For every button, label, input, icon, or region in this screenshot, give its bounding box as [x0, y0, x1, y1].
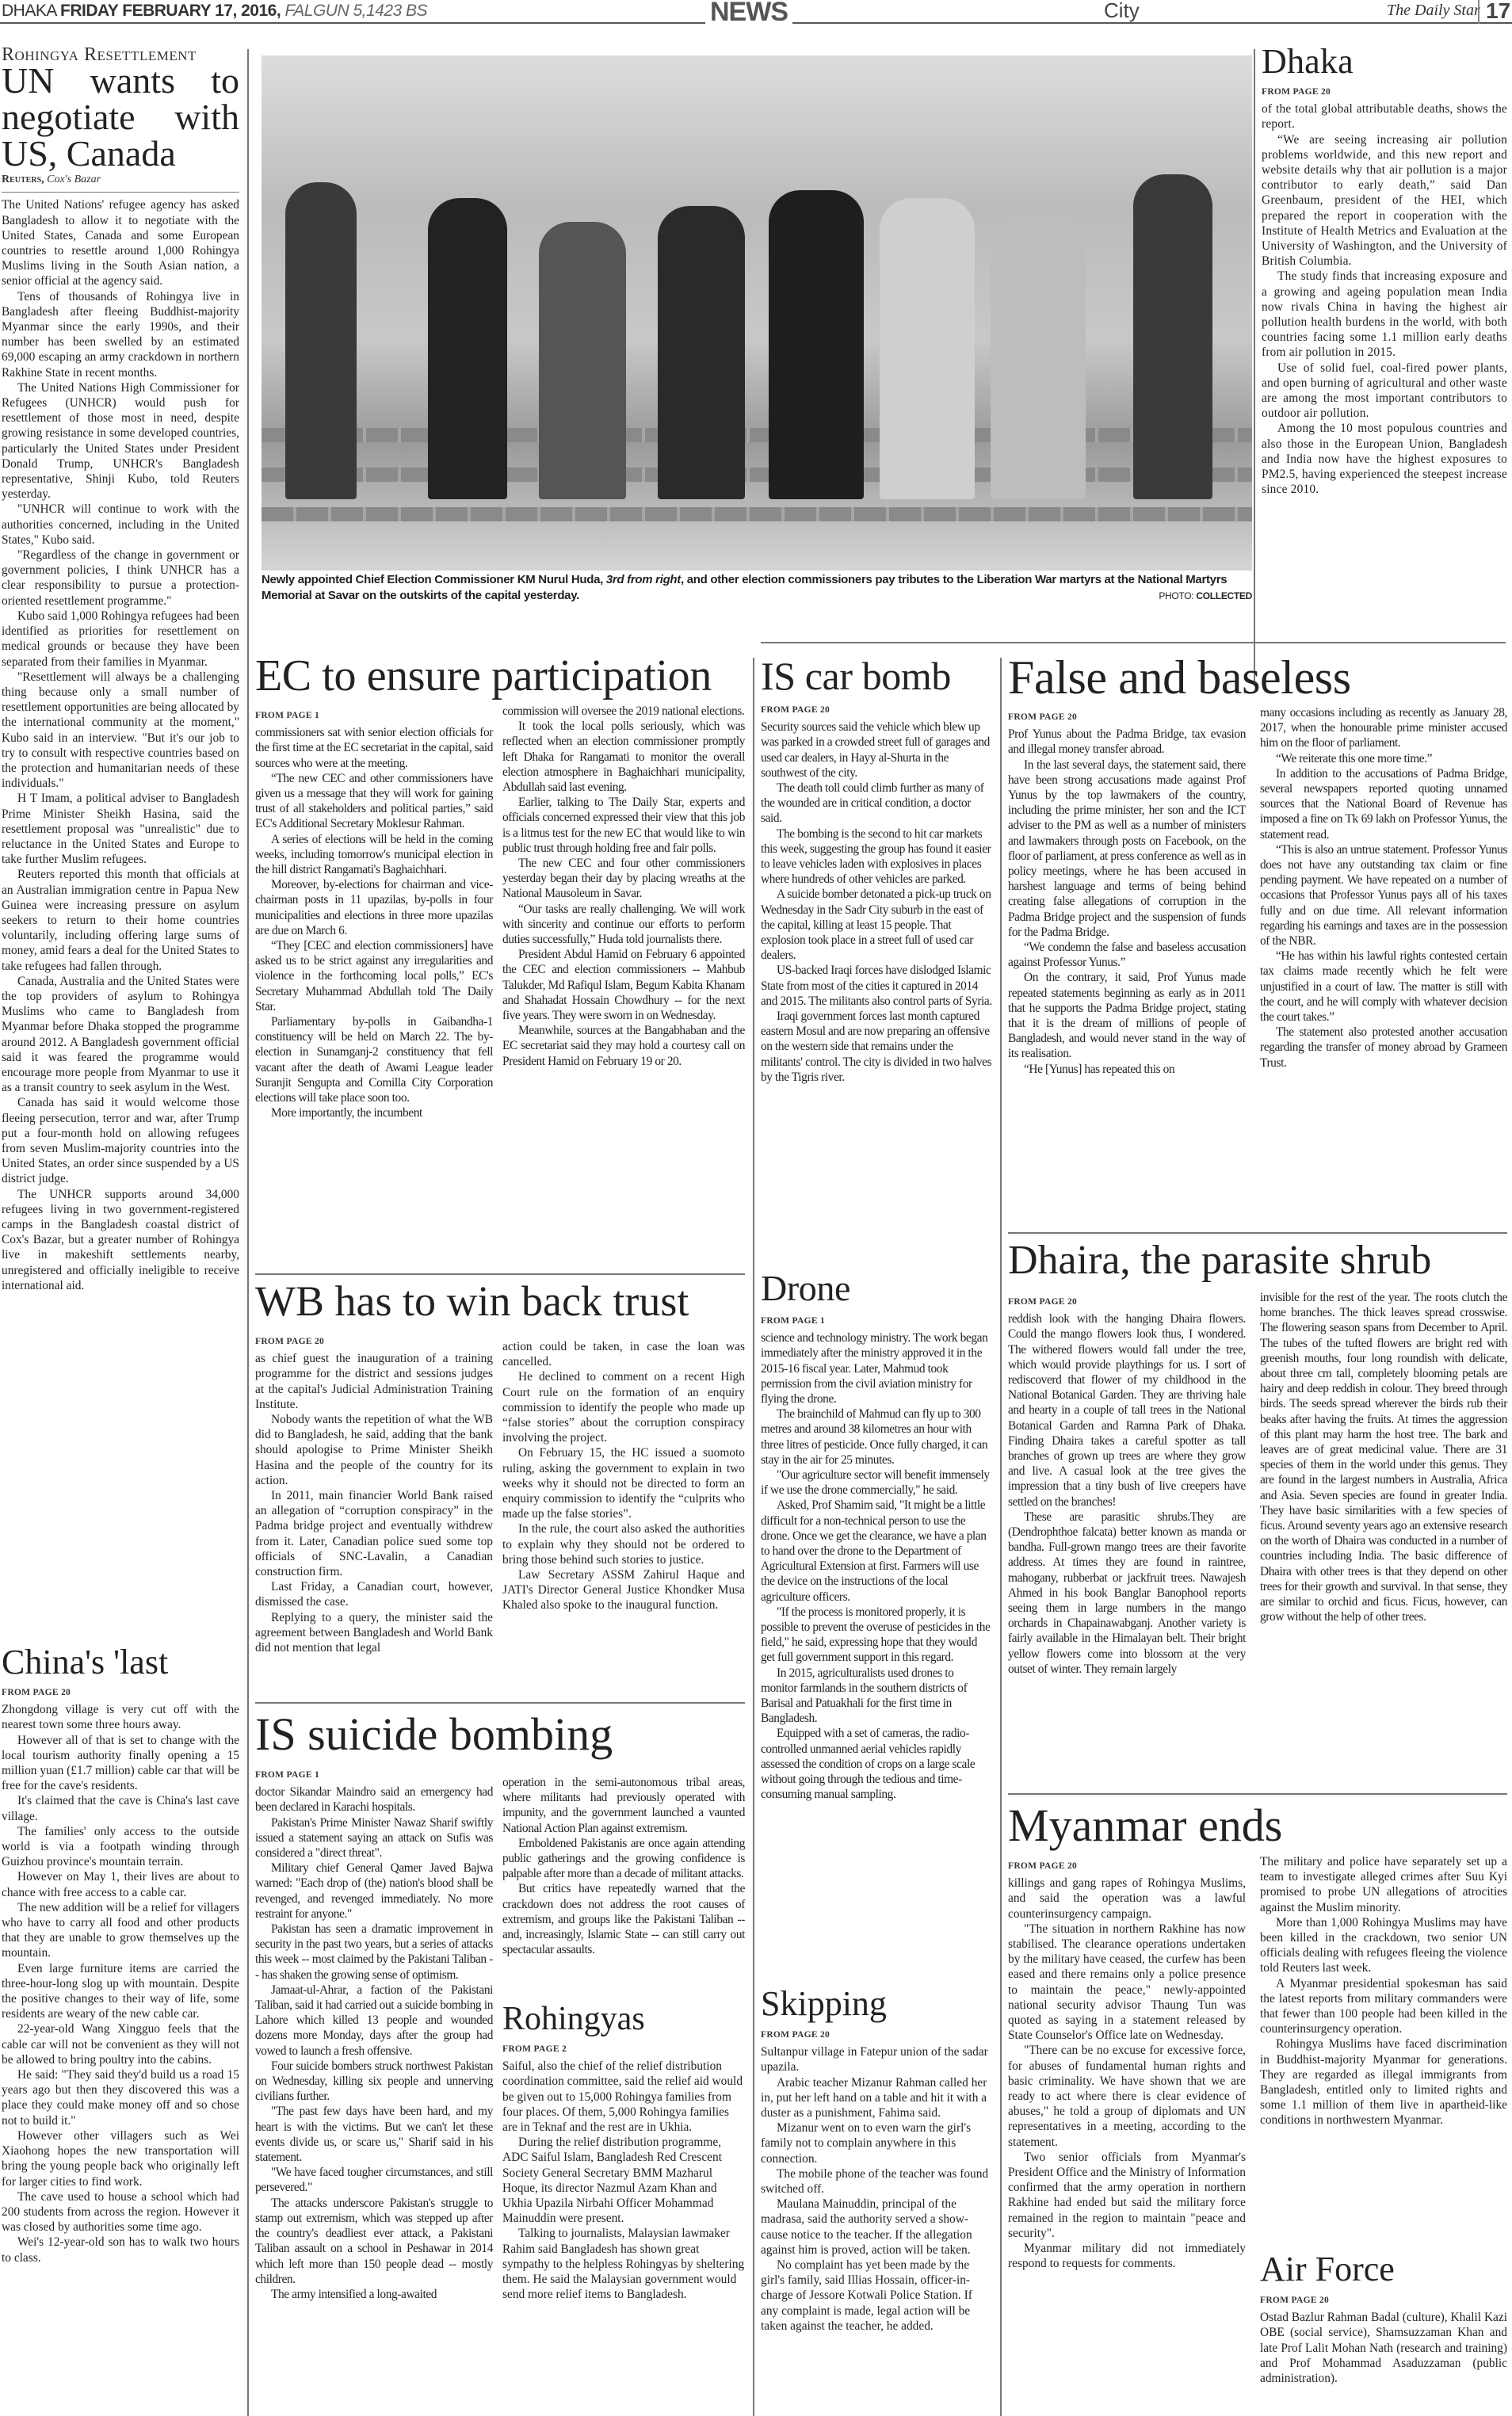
article-paragraph: The military and police have separately …: [1260, 1854, 1507, 1915]
article-paragraph: Parliamentary by-polls in Gaibandha-1 co…: [255, 1014, 493, 1105]
article-headline: Air Force: [1260, 2250, 1507, 2288]
photo-credit: PHOTO: COLLECTED: [1159, 588, 1252, 604]
section-divider: [1008, 1793, 1507, 1795]
person-figure: [991, 214, 1086, 499]
article-suicide-col2: operation in the semi-autonomous tribal …: [502, 1775, 745, 1957]
article-paragraph: The new CEC and four other commissioners…: [502, 856, 745, 902]
article-paragraph: A suicide bomber detonated a pick-up tru…: [761, 887, 992, 963]
masthead-bangla-date: FALGUN 5,1423 BS: [285, 2, 428, 20]
article-jump-from: FROM PAGE 1: [761, 1314, 992, 1329]
column-divider: [1254, 49, 1255, 683]
article-paragraph: “The new CEC and other commissioners hav…: [255, 771, 493, 832]
article-false-col1: FROM PAGE 20 Prof Yunus about the Padma …: [1008, 705, 1246, 1077]
column-divider: [247, 49, 249, 2416]
article-false-col2: many occasions including as recently as …: [1260, 705, 1507, 1071]
article-paragraph: doctor Sikandar Maindro said an emergenc…: [255, 1784, 493, 1815]
byline-agency: Reuters,: [2, 174, 44, 185]
article-paragraph: The study finds that increasing exposure…: [1262, 269, 1507, 360]
article-paragraph: During the relief distribution programme…: [502, 2135, 745, 2226]
article-paragraph: The United Nations High Commissioner for…: [2, 380, 239, 502]
article-headline-myanmar: Myanmar ends: [1008, 1803, 1282, 1849]
article-paragraph: The statement also protested another acc…: [1260, 1025, 1507, 1071]
article-jump-from: FROM PAGE 20: [2, 1685, 239, 1700]
article-paragraph: In 2011, main financier World Bank raise…: [255, 1488, 493, 1579]
article-paragraph: commission will oversee the 2019 nationa…: [502, 704, 745, 719]
person-figure: [539, 222, 626, 499]
article-paragraph: Meanwhile, sources at the Bangabhaban an…: [502, 1023, 745, 1069]
article-dhaira-col2: invisible for the rest of the year. The …: [1260, 1290, 1507, 1624]
article-paragraph: The death toll could climb further as ma…: [761, 781, 992, 826]
article-paragraph: Security sources said the vehicle which …: [761, 719, 992, 781]
article-paragraph: of the total global attributable deaths,…: [1262, 101, 1507, 132]
article-headline: China's 'last: [2, 1644, 239, 1681]
article-ec-col1: FROM PAGE 1 commissioners sat with senio…: [255, 704, 493, 1120]
article-jump-from: FROM PAGE 20: [1262, 85, 1507, 100]
article-paragraph: Two senior officials from Myanmar's Pres…: [1008, 2150, 1246, 2241]
article-jump-from: FROM PAGE 20: [1008, 710, 1246, 725]
article-paragraph: No complaint has yet been made by the gi…: [761, 2258, 992, 2334]
article-paragraph: But critics have repeatedly warned that …: [502, 1881, 745, 1957]
article-paragraph: "There can be no excuse for excessive fo…: [1008, 2043, 1246, 2149]
masthead-weekday-date: FRIDAY FEBRUARY 17, 2016,: [60, 2, 281, 20]
article-myanmar-col1: FROM PAGE 20 killings and gang rapes of …: [1008, 1854, 1246, 2271]
article-paragraph: A series of elections will be held in th…: [255, 832, 493, 878]
caption-italic: 3rd from right: [606, 573, 681, 586]
article-jump-from: FROM PAGE 20: [1008, 1295, 1246, 1310]
column-divider: [1000, 658, 1002, 2416]
byline-dateline: Cox's Bazar: [47, 174, 101, 185]
article-paragraph: Wei's 12-year-old son has to walk two ho…: [2, 2235, 239, 2265]
article-paragraph: It's claimed that the cave is China's la…: [2, 1793, 239, 1823]
article-paragraph: The bombing is the second to hit car mar…: [761, 826, 992, 887]
masthead: DHAKA FRIDAY FEBRUARY 17, 2016, FALGUN 5…: [0, 0, 1512, 24]
page-number: 17: [1478, 0, 1510, 24]
article-paragraph: Four suicide bombers struck northwest Pa…: [255, 2059, 493, 2105]
article-paragraph: commissioners sat with senior election o…: [255, 725, 493, 771]
article-china-last: China's 'last FROM PAGE 20 Zhongdong vil…: [2, 1644, 239, 2265]
photo-caption: Newly appointed Chief Election Commissio…: [262, 572, 1252, 604]
article-paragraph: Pakistan's Prime Minister Nawaz Sharif s…: [255, 1815, 493, 1861]
article-paragraph: H T Imam, a political adviser to Banglad…: [2, 791, 239, 867]
article-jump-from: FROM PAGE 20: [761, 2028, 992, 2043]
article-paragraph: Tens of thousands of Rohingya live in Ba…: [2, 289, 239, 380]
article-paragraph: "The past few days have been hard, and m…: [255, 2104, 493, 2165]
article-paragraph: Moreover, by-elections for chairman and …: [255, 877, 493, 938]
memorial-steps: [262, 468, 1252, 482]
article-paragraph: In addition to the accusations of Padma …: [1260, 766, 1507, 842]
news-photo: [262, 55, 1252, 571]
article-jump-from: FROM PAGE 20: [761, 703, 992, 718]
article-paragraph: Zhongdong village is very cut off with t…: [2, 1702, 239, 1732]
article-paragraph: Rohingya Muslims have faced discriminati…: [1260, 2036, 1507, 2128]
article-suicide-col1: FROM PAGE 1 doctor Sikandar Maindro said…: [255, 1763, 493, 2302]
column-divider: [753, 658, 754, 2416]
person-figure: [428, 198, 507, 499]
section-divider: [761, 642, 1506, 643]
article-paragraph: In the last several days, the statement …: [1008, 758, 1246, 940]
article-paragraph: Law Secretary ASSM Zahirul Haque and JAT…: [502, 1567, 745, 1613]
article-paragraph: "Resettlement will always be a challengi…: [2, 670, 239, 792]
article-dhaka: Dhaka FROM PAGE 20 of the total global a…: [1262, 44, 1507, 497]
article-paragraph: “We reiterate this one more time.”: [1260, 751, 1507, 766]
person-figure: [658, 206, 745, 499]
article-paragraph: Talking to journalists, Malaysian lawmak…: [502, 2226, 745, 2302]
article-skipping: Skipping FROM PAGE 20 Sultanpur village …: [761, 1985, 992, 2334]
article-paragraph: Military chief General Qamer Javed Bajwa…: [255, 1861, 493, 1922]
section-divider: [1008, 1232, 1507, 1234]
article-paragraph: However all of that is set to change wit…: [2, 1733, 239, 1794]
article-paragraph: "UNHCR will continue to work with the au…: [2, 502, 239, 548]
article-paragraph: The attacks underscore Pakistan's strugg…: [255, 2196, 493, 2287]
article-paragraph: However other villagers such as Wei Xiao…: [2, 2128, 239, 2189]
article-byline: Reuters, Cox's Bazar: [2, 172, 239, 193]
article-paragraph: On February 15, the HC issued a suomoto …: [502, 1445, 745, 1521]
article-paragraph: "The situation in northern Rakhine has n…: [1008, 1922, 1246, 2044]
person-figure: [769, 190, 864, 499]
article-paragraph: Replying to a query, the minister said t…: [255, 1610, 493, 1656]
article-paragraph: reddish look with the hanging Dhaira flo…: [1008, 1311, 1246, 1510]
article-headline: IS car bomb: [761, 654, 992, 698]
article-paragraph: Earlier, talking to The Daily Star, expe…: [502, 795, 745, 856]
article-paragraph: "We have faced tougher circumstances, an…: [255, 2165, 493, 2195]
masthead-city: DHAKA: [2, 2, 56, 20]
article-paragraph: US-backed Iraqi forces have dislodged Is…: [761, 963, 992, 1009]
article-headline: Skipping: [761, 1985, 992, 2023]
article-paragraph: “This is also an untrue statement. Profe…: [1260, 842, 1507, 948]
article-paragraph: science and technology ministry. The wor…: [761, 1330, 992, 1406]
article-paragraph: President Abdul Hamid on February 6 appo…: [502, 947, 745, 1023]
section-divider: [255, 1273, 745, 1275]
article-paragraph: Even large furniture items are carried t…: [2, 1961, 239, 2022]
article-jump-from: FROM PAGE 1: [255, 1768, 493, 1783]
credit-value: COLLECTED: [1196, 590, 1252, 601]
article-paragraph: Pakistan has seen a dramatic improvement…: [255, 1922, 493, 1983]
article-paragraph: "Our agriculture sector will benefit imm…: [761, 1468, 992, 1498]
memorial-steps: [262, 507, 1252, 521]
article-rohingyas: Rohingyas FROM PAGE 2 Saiful, also the c…: [502, 2001, 745, 2302]
article-paragraph: Ostad Bazlur Rahman Badal (culture), Kha…: [1260, 2310, 1507, 2386]
article-paragraph: It took the local polls seriously, which…: [502, 719, 745, 795]
section-label: NEWS: [705, 0, 792, 28]
article-paragraph: "If the process is monitored properly, i…: [761, 1605, 992, 1666]
article-paragraph: In the rule, the court also asked the au…: [502, 1521, 745, 1567]
article-headline-suicide: IS suicide bombing: [255, 1712, 613, 1758]
article-paragraph: Nobody wants the repetition of what the …: [255, 1412, 493, 1488]
article-headline-ec: EC to ensure participation: [255, 654, 712, 698]
article-paragraph: He declined to comment on a recent High …: [502, 1369, 745, 1445]
memorial-steps: [262, 428, 1252, 442]
article-paragraph: “They [CEC and election commissioners] h…: [255, 938, 493, 1014]
article-paragraph: Last Friday, a Canadian court, however, …: [255, 1579, 493, 1609]
article-paragraph: The army intensified a long-awaited: [255, 2287, 493, 2302]
article-paragraph: “He has within his lawful rights contest…: [1260, 948, 1507, 1025]
article-paragraph: The United Nations' refugee agency has a…: [2, 197, 239, 288]
article-paragraph: The brainchild of Mahmud can fly up to 3…: [761, 1406, 992, 1468]
article-ec-col2: commission will oversee the 2019 nationa…: [502, 704, 745, 1069]
article-drone: Drone FROM PAGE 1 science and technology…: [761, 1268, 992, 1803]
article-jump-from: FROM PAGE 20: [255, 1334, 493, 1349]
article-paragraph: Jamaat-ul-Ahrar, a faction of the Pakist…: [255, 1983, 493, 2059]
caption-text: Newly appointed Chief Election Commissio…: [262, 573, 606, 586]
article-paragraph: Canada, Australia and the United States …: [2, 974, 239, 1096]
article-headline-dhaira: Dhaira, the parasite shrub: [1008, 1240, 1431, 1281]
article-paragraph: “We condemn the false and baseless accus…: [1008, 940, 1246, 970]
section-divider: [255, 1702, 745, 1704]
article-headline-wb: WB has to win back trust: [255, 1280, 689, 1323]
article-myanmar-col2: The military and police have separately …: [1260, 1854, 1507, 2128]
guard-figure: [285, 182, 357, 499]
article-paragraph: many occasions including as recently as …: [1260, 705, 1507, 751]
person-figure: [880, 198, 975, 499]
article-wb-col2: action could be taken, in case the loan …: [502, 1339, 745, 1613]
article-paragraph: The new addition will be a relief for vi…: [2, 1900, 239, 1961]
article-paragraph: as chief guest the inauguration of a tra…: [255, 1351, 493, 1412]
article-paragraph: killings and gang rapes of Rohingya Musl…: [1008, 1876, 1246, 1922]
article-paragraph: action could be taken, in case the loan …: [502, 1339, 745, 1369]
article-paragraph: More than 1,000 Rohingya Muslims may hav…: [1260, 1915, 1507, 1976]
article-paragraph: invisible for the rest of the year. The …: [1260, 1290, 1507, 1624]
article-headline: Drone: [761, 1268, 992, 1309]
article-paragraph: On the contrary, it said, Prof Yunus mad…: [1008, 970, 1246, 1061]
article-paragraph: The families' only access to the outside…: [2, 1824, 239, 1870]
article-paragraph: Iraqi government forces last month captu…: [761, 1009, 992, 1085]
masthead-date: DHAKA FRIDAY FEBRUARY 17, 2016, FALGUN 5…: [2, 2, 427, 21]
article-paragraph: Maulana Mainuddin, principal of the madr…: [761, 2197, 992, 2258]
guard-figure: [1133, 174, 1212, 499]
article-paragraph: More importantly, the incumbent: [255, 1105, 493, 1120]
credit-label: PHOTO:: [1159, 590, 1196, 601]
article-paragraph: “He [Yunus] has repeated this on: [1008, 1062, 1246, 1077]
article-headline: Dhaka: [1262, 44, 1507, 80]
article-paragraph: “We are seeing increasing air pollution …: [1262, 132, 1507, 269]
article-headline: Rohingyas: [502, 2001, 745, 2037]
article-headline: UN wants to negotiate with US, Canada: [2, 63, 239, 172]
article-paragraph: “Our tasks are really challenging. We wi…: [502, 902, 745, 948]
article-jump-from: FROM PAGE 20: [1008, 1859, 1246, 1874]
subsection-label: City: [1104, 0, 1140, 23]
article-paragraph: However on May 1, their lives are about …: [2, 1869, 239, 1899]
article-paragraph: Equipped with a set of cameras, the radi…: [761, 1726, 992, 1802]
article-paragraph: He said: "They said they'd build us a ro…: [2, 2067, 239, 2128]
article-paragraph: A Myanmar presidential spokesman has sai…: [1260, 1976, 1507, 2037]
article-paragraph: 22-year-old Wang Xingguo feels that the …: [2, 2021, 239, 2067]
article-car-bomb: IS car bomb FROM PAGE 20 Security source…: [761, 654, 992, 1085]
article-jump-from: FROM PAGE 1: [255, 708, 493, 723]
article-paragraph: Reuters reported this month that officia…: [2, 867, 239, 973]
article-paragraph: The cave used to house a school which ha…: [2, 2189, 239, 2235]
article-paragraph: The UNHCR supports around 34,000 refugee…: [2, 1187, 239, 1293]
article-paragraph: Asked, Prof Shamim said, "It might be a …: [761, 1498, 992, 1604]
article-paragraph: Sultanpur village in Fatepur union of th…: [761, 2044, 992, 2074]
article-paragraph: Among the 10 most populous countries and…: [1262, 421, 1507, 497]
article-wb-col1: FROM PAGE 20 as chief guest the inaugura…: [255, 1330, 493, 1655]
article-jump-from: FROM PAGE 2: [502, 2042, 745, 2057]
article-headline-false: False and baseless: [1008, 654, 1351, 701]
article-paragraph: Prof Yunus about the Padma Bridge, tax e…: [1008, 727, 1246, 757]
article-un-resettlement: Rohingya Resettlement UN wants to negoti…: [2, 48, 239, 1293]
article-paragraph: Emboldened Pakistanis are once again att…: [502, 1836, 745, 1882]
article-paragraph: "Regardless of the change in government …: [2, 548, 239, 609]
article-paragraph: Mizanur went on to even warn the girl's …: [761, 2120, 992, 2166]
article-paragraph: Myanmar military did not immediately res…: [1008, 2241, 1246, 2271]
article-paragraph: In 2015, agriculturalists used drones to…: [761, 1666, 992, 1727]
article-jump-from: FROM PAGE 20: [1260, 2293, 1507, 2308]
article-paragraph: Arabic teacher Mizanur Rahman called her…: [761, 2075, 992, 2121]
article-dhaira-col1: FROM PAGE 20 reddish look with the hangi…: [1008, 1290, 1246, 1677]
article-paragraph: Canada has said it would welcome those f…: [2, 1095, 239, 1186]
article-paragraph: Saiful, also the chief of the relief dis…: [502, 2059, 745, 2135]
article-paragraph: Kubo said 1,000 Rohingya refugees had be…: [2, 609, 239, 670]
article-paragraph: operation in the semi-autonomous tribal …: [502, 1775, 745, 1836]
article-paragraph: Use of solid fuel, coal-fired power plan…: [1262, 361, 1507, 422]
article-paragraph: These are parasitic shrubs.They are (Den…: [1008, 1510, 1246, 1677]
article-air-force: Air Force FROM PAGE 20 Ostad Bazlur Rahm…: [1260, 2250, 1507, 2386]
newspaper-logo: The Daily Star: [1387, 2, 1480, 20]
article-paragraph: The mobile phone of the teacher was foun…: [761, 2166, 992, 2197]
